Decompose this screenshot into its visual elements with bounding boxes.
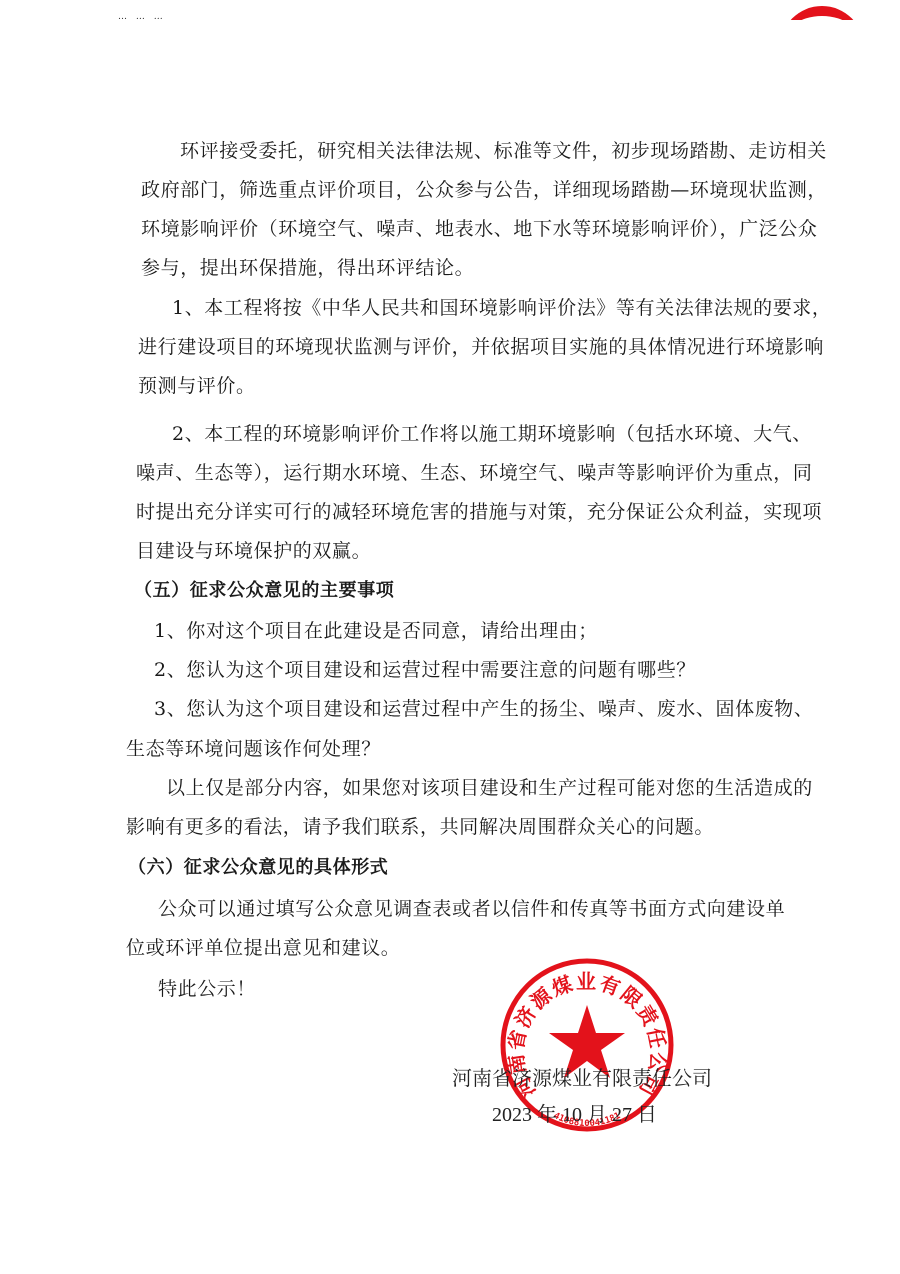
intro-line-2: 政府部门，筛选重点评价项目，公众参与公告，详细现场踏勘—环境现状监测，	[141, 178, 827, 202]
point1-line-3: 预测与评价。	[138, 374, 256, 398]
point2-line-3: 时提出充分详实可行的减轻环境危害的措施与对策，充分保证公众利益，实现项	[136, 500, 822, 524]
section6-line-1: 公众可以通过填写公众意见调查表或者以信件和传真等书面方式向建设单	[158, 897, 785, 921]
document-page: … … … 环评接受委托，研究相关法律法规、标准等文件，初步现场踏勘、走访相关 …	[0, 0, 900, 1274]
point1-line-2: 进行建设项目的环境现状监测与评价，并依据项目实施的具体情况进行环境影响	[138, 335, 824, 359]
intro-line-4: 参与，提出环保措施，得出环评结论。	[141, 256, 474, 280]
section5-heading: （五）征求公众意见的主要事项	[134, 579, 394, 603]
signature-company: 河南省济源煤业有限责任公司	[452, 1062, 712, 1091]
section5-item-3: 3、您认为这个项目建设和运营过程中产生的扬尘、噪声、废水、固体废物、	[154, 697, 814, 721]
point2-line-4: 目建设与环境保护的双赢。	[136, 539, 371, 563]
partial-seal-top	[780, 4, 864, 20]
header-fragment: … … …	[118, 12, 166, 22]
section5-item-3-cont: 生态等环境问题该作何处理？	[126, 737, 381, 761]
signature-date: 2023 年 10 月 27 日	[492, 1098, 657, 1127]
section5-note-2: 影响有更多的看法，请予我们联系，共同解决周围群众关心的问题。	[126, 815, 714, 839]
section6-line-2: 位或环评单位提出意见和建议。	[126, 936, 400, 960]
section6-heading: （六）征求公众意见的具体形式	[128, 856, 388, 880]
point2-line-1: 2、本工程的环境影响评价工作将以施工期环境影响（包括水环境、大气、	[172, 422, 812, 446]
point1-line-1: 1、本工程将按《中华人民共和国环境影响评价法》等有关法律法规的要求，	[172, 296, 832, 320]
section5-item-1: 1、你对这个项目在此建设是否同意，请给出理由；	[154, 619, 598, 643]
section5-item-2: 2、您认为这个项目建设和运营过程中需要注意的问题有哪些？	[154, 658, 696, 682]
intro-line-1: 环评接受委托，研究相关法律法规、标准等文件，初步现场踏勘、走访相关	[180, 139, 827, 163]
section5-note-1: 以上仅是部分内容，如果您对该项目建设和生产过程可能对您的生活造成的	[166, 776, 813, 800]
point2-line-2: 噪声、生态等），运行期水环境、生态、环境空气、噪声等影响评价为重点，同	[136, 461, 813, 485]
intro-line-3: 环境影响评价（环境空气、噪声、地表水、地下水等环境影响评价），广泛公众	[141, 217, 818, 241]
closing-text: 特此公示！	[158, 977, 256, 1001]
